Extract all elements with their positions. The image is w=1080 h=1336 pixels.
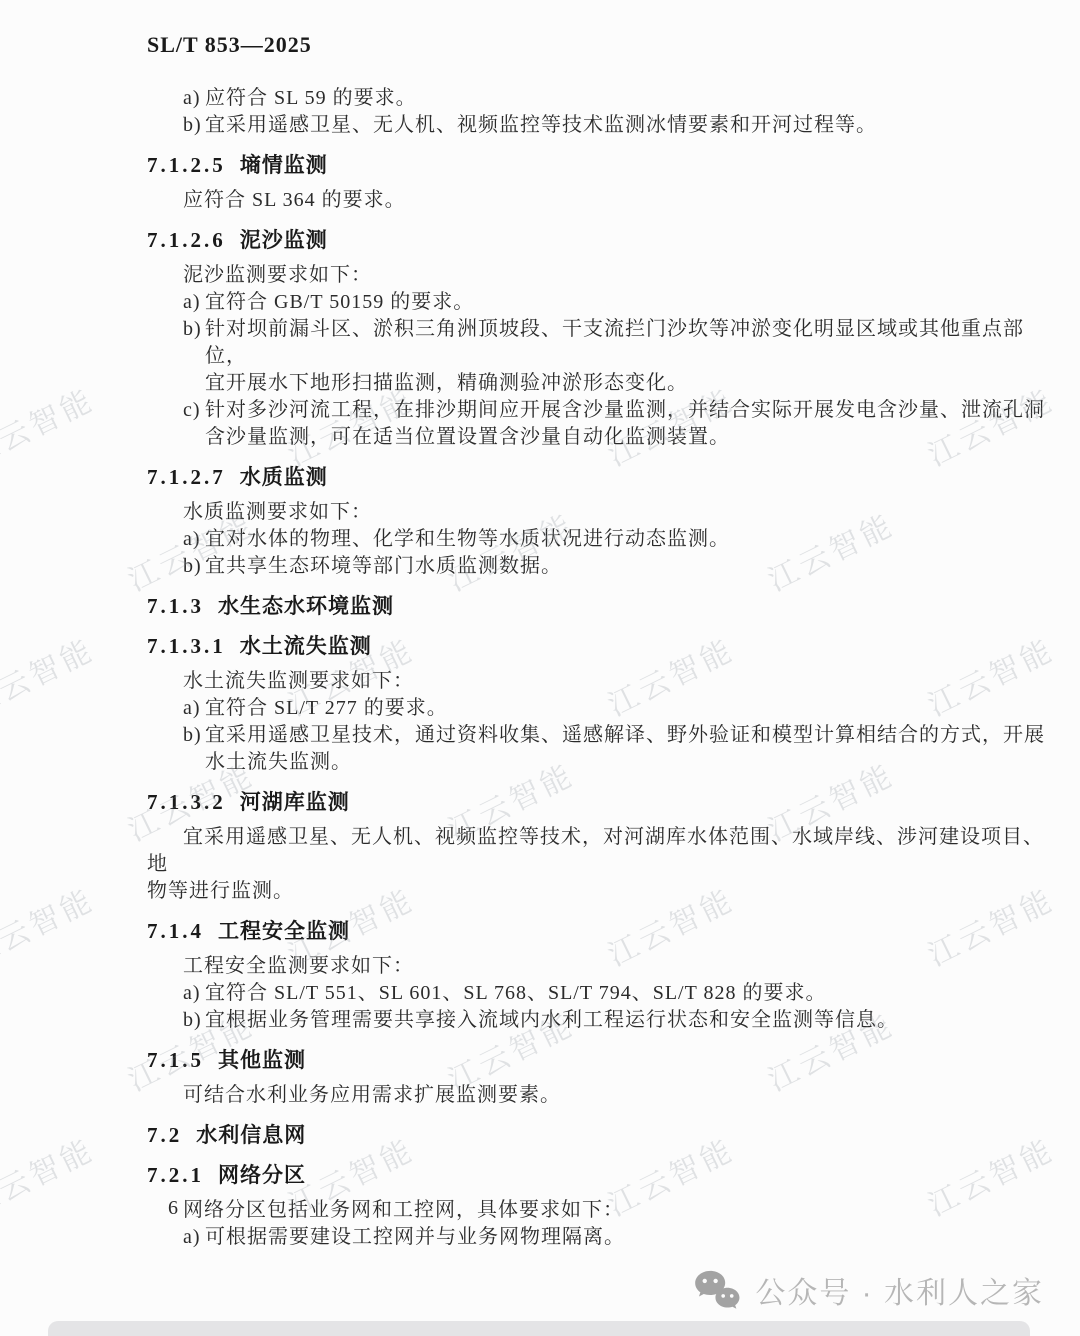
text-line: 针对多沙河流工程，在排沙期间应开展含沙量监测，并结合实际开展发电含沙量、泄流孔洞 xyxy=(205,399,1045,421)
list-marker: a) xyxy=(183,695,205,722)
text-line: 物等进行监测。 xyxy=(147,880,294,902)
text-line: 泥沙监测要求如下： xyxy=(183,264,372,286)
bottom-bar xyxy=(48,1321,1030,1336)
text-line: 水土流失监测。 xyxy=(205,751,352,773)
text-line: 宜符合 SL/T 551、SL 601、SL 768、SL/T 794、SL/T… xyxy=(205,982,826,1004)
text-line: 水质监测要求如下： xyxy=(183,501,372,523)
wechat-account-label: 公众号 · 水利人之家 xyxy=(755,1268,1044,1312)
text-line: 宜开展水下地形扫描监测，精确测验冲淤形态变化。 xyxy=(205,372,688,394)
list-item: b)针对坝前漏斗区、淤积三角洲顶坡段、干支流拦门沙坎等冲淤变化明显区域或其他重点… xyxy=(147,316,1056,397)
list-marker: a) xyxy=(183,526,205,553)
paragraph: 宜采用遥感卫星、无人机、视频监控等技术，对河湖库水体范围、水域岸线、涉河建设项目… xyxy=(147,824,1056,905)
text-line: 应符合 SL 364 的要求。 xyxy=(183,189,406,211)
paragraph: 泥沙监测要求如下： xyxy=(147,262,1056,289)
document-page: 江云智能江云智能江云智能江云智能江云智能江云智能江云智能江云智能江云智能江云智能… xyxy=(0,0,1080,1336)
section-heading: 7.1.3水生态水环境监测 xyxy=(147,593,1056,620)
text-line: 宜采用遥感卫星、无人机、视频监控等技术监测冰情要素和开河过程等。 xyxy=(205,114,877,136)
list-item: a)宜符合 SL/T 551、SL 601、SL 768、SL/T 794、SL… xyxy=(147,980,1056,1007)
section-heading: 7.1.3.1水土流失监测 xyxy=(147,633,1056,660)
list-item: c)针对多沙河流工程，在排沙期间应开展含沙量监测，并结合实际开展发电含沙量、泄流… xyxy=(147,397,1056,451)
text-line: 宜共享生态环境等部门水质监测数据。 xyxy=(205,555,562,577)
list-item: a)宜符合 SL/T 277 的要求。 xyxy=(147,695,1056,722)
section-title: 水生态水环境监测 xyxy=(218,595,394,618)
text-line: 宜符合 SL/T 277 的要求。 xyxy=(205,697,448,719)
text-line: 宜根据业务管理需要共享接入流域内水利工程运行状态和安全监测等信息。 xyxy=(205,1009,898,1031)
section-title: 其他监测 xyxy=(218,1049,306,1072)
list-item: a)宜符合 GB/T 50159 的要求。 xyxy=(147,289,1056,316)
section-heading: 7.2水利信息网 xyxy=(147,1122,1056,1149)
list-item: b)宜共享生态环境等部门水质监测数据。 xyxy=(147,553,1056,580)
document-body: a)应符合 SL 59 的要求。b)宜采用遥感卫星、无人机、视频监控等技术监测冰… xyxy=(0,85,1080,1251)
list-marker: c) xyxy=(183,397,205,424)
text-line: 网络分区包括业务网和工控网，具体要求如下： xyxy=(183,1199,624,1221)
section-number: 7.1.5 xyxy=(147,1048,204,1072)
list-item: a)宜对水体的物理、化学和生物等水质状况进行动态监测。 xyxy=(147,526,1056,553)
list-marker: a) xyxy=(183,85,205,112)
section-number: 7.2 xyxy=(147,1123,182,1147)
section-heading: 7.2.1网络分区 xyxy=(147,1162,1056,1189)
list-item: b)宜采用遥感卫星技术，通过资料收集、遥感解译、野外验证和模型计算相结合的方式，… xyxy=(147,722,1056,776)
list-marker: a) xyxy=(183,1224,205,1251)
section-title: 网络分区 xyxy=(218,1164,306,1187)
list-item: b)宜根据业务管理需要共享接入流域内水利工程运行状态和安全监测等信息。 xyxy=(147,1007,1056,1034)
text-line: 可结合水利业务应用需求扩展监测要素。 xyxy=(183,1084,561,1106)
paragraph: 应符合 SL 364 的要求。 xyxy=(147,187,1056,214)
text-line: 宜采用遥感卫星技术，通过资料收集、遥感解译、野外验证和模型计算相结合的方式，开展 xyxy=(205,724,1045,746)
text-line: 可根据需要建设工控网并与业务网物理隔离。 xyxy=(205,1226,625,1248)
text-line: 宜符合 GB/T 50159 的要求。 xyxy=(205,291,474,313)
section-number: 7.1.3 xyxy=(147,594,204,618)
section-number: 7.2.1 xyxy=(147,1163,204,1187)
list-item: b)宜采用遥感卫星、无人机、视频监控等技术监测冰情要素和开河过程等。 xyxy=(147,112,1056,139)
section-number: 7.1.4 xyxy=(147,919,204,943)
section-heading: 7.1.2.6泥沙监测 xyxy=(147,227,1056,254)
section-title: 水质监测 xyxy=(240,466,328,489)
list-marker: a) xyxy=(183,289,205,316)
text-line: 宜采用遥感卫星、无人机、视频监控等技术，对河湖库水体范围、水域岸线、涉河建设项目… xyxy=(147,826,1044,875)
text-line: 宜对水体的物理、化学和生物等水质状况进行动态监测。 xyxy=(205,528,730,550)
page-number: 6 xyxy=(168,1197,178,1220)
doc-number: SL/T 853—2025 xyxy=(0,0,1080,58)
section-number: 7.1.3.2 xyxy=(147,790,226,814)
paragraph: 工程安全监测要求如下： xyxy=(147,953,1056,980)
section-title: 水利信息网 xyxy=(196,1124,306,1147)
paragraph: 网络分区包括业务网和工控网，具体要求如下： xyxy=(147,1197,1056,1224)
text-line: 针对坝前漏斗区、淤积三角洲顶坡段、干支流拦门沙坎等冲淤变化明显区域或其他重点部位… xyxy=(205,318,1024,367)
text-line: 工程安全监测要求如下： xyxy=(183,955,414,977)
section-title: 泥沙监测 xyxy=(240,229,328,252)
list-marker: b) xyxy=(183,112,205,139)
section-heading: 7.1.3.2河湖库监测 xyxy=(147,789,1056,816)
list-item: a)应符合 SL 59 的要求。 xyxy=(147,85,1056,112)
paragraph: 水质监测要求如下： xyxy=(147,499,1056,526)
section-title: 水土流失监测 xyxy=(240,635,372,658)
paragraph: 可结合水利业务应用需求扩展监测要素。 xyxy=(147,1082,1056,1109)
list-marker: b) xyxy=(183,316,205,343)
section-title: 墒情监测 xyxy=(240,154,328,177)
text-line: 应符合 SL 59 的要求。 xyxy=(205,87,417,109)
section-number: 7.1.3.1 xyxy=(147,634,226,658)
section-heading: 7.1.4工程安全监测 xyxy=(147,918,1056,945)
section-number: 7.1.2.6 xyxy=(147,228,226,252)
list-marker: b) xyxy=(183,553,205,580)
section-title: 工程安全监测 xyxy=(218,920,350,943)
section-heading: 7.1.2.5墒情监测 xyxy=(147,152,1056,179)
text-line: 含沙量监测，可在适当位置设置含沙量自动化监测装置。 xyxy=(205,426,730,448)
section-heading: 7.1.2.7水质监测 xyxy=(147,464,1056,491)
list-marker: b) xyxy=(183,722,205,749)
text-line: 水土流失监测要求如下： xyxy=(183,670,414,692)
section-heading: 7.1.5其他监测 xyxy=(147,1047,1056,1074)
section-title: 河湖库监测 xyxy=(240,791,350,814)
wechat-footer: 公众号 · 水利人之家 xyxy=(693,1268,1044,1312)
paragraph: 水土流失监测要求如下： xyxy=(147,668,1056,695)
list-marker: b) xyxy=(183,1007,205,1034)
list-item: a)可根据需要建设工控网并与业务网物理隔离。 xyxy=(147,1224,1056,1251)
list-marker: a) xyxy=(183,980,205,1007)
section-number: 7.1.2.5 xyxy=(147,153,226,177)
wechat-icon xyxy=(693,1270,741,1310)
section-number: 7.1.2.7 xyxy=(147,465,226,489)
